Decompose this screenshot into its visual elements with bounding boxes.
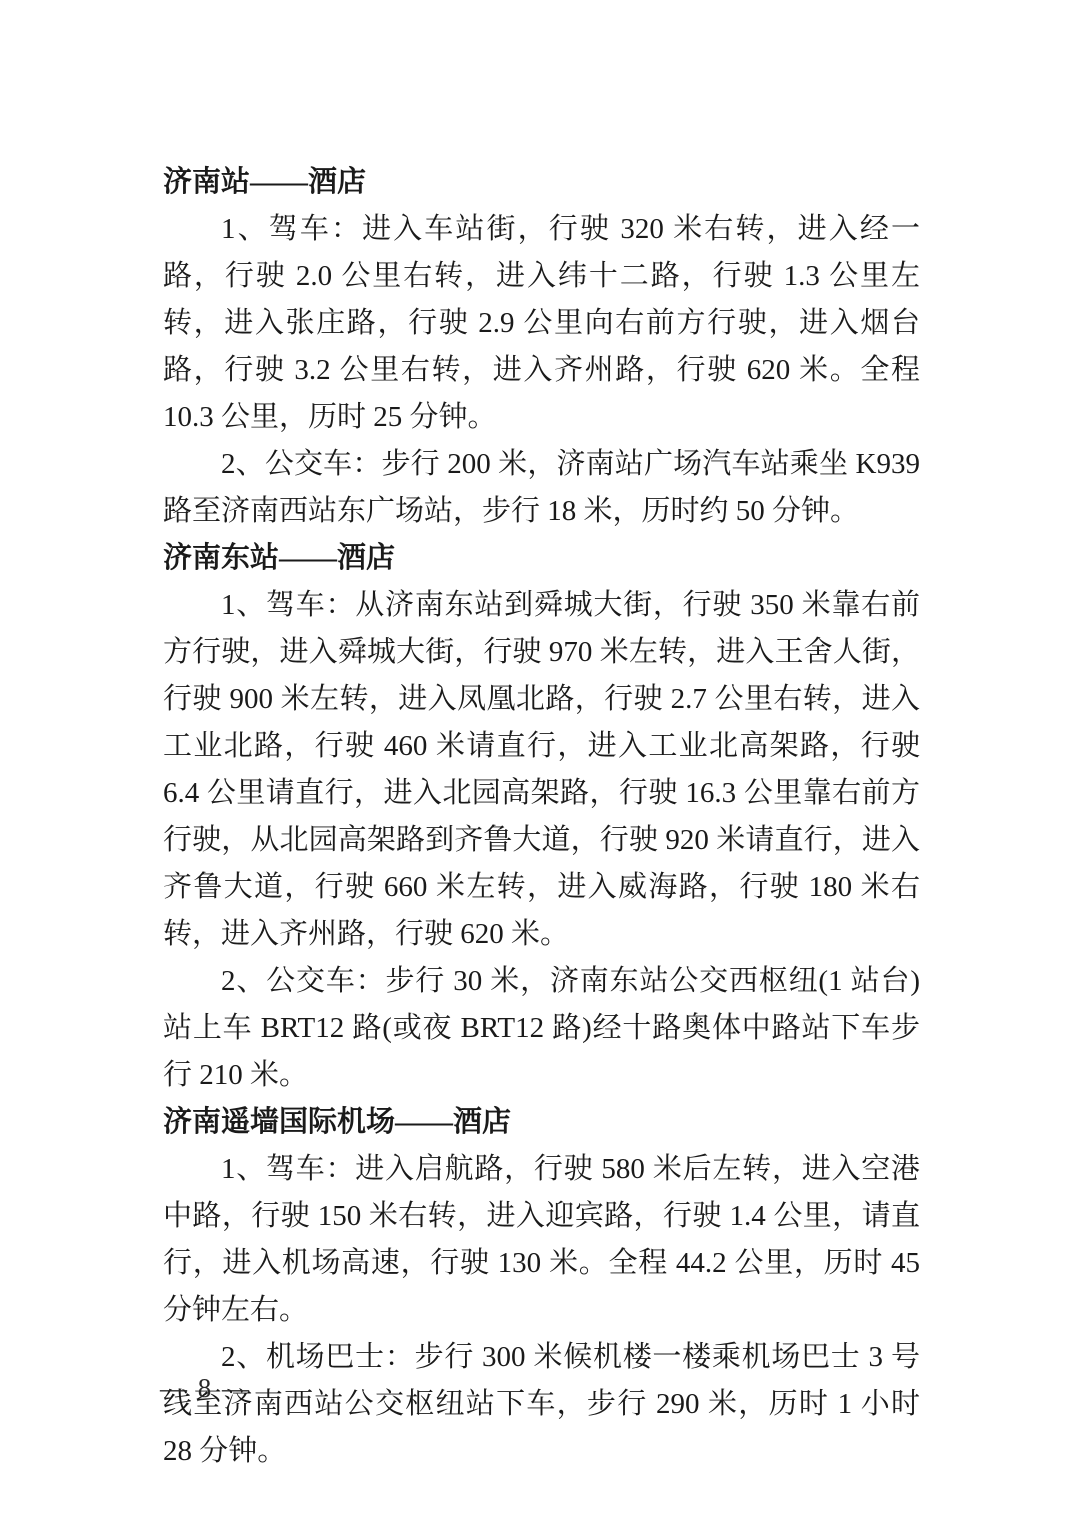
paragraph-airport-shuttle: 2、机场巴士：步行 300 米候机楼一楼乘机场巴士 3 号线至济南西站公交枢纽站…: [163, 1334, 920, 1475]
section-heading-jinan-station: 济南站——酒店: [163, 159, 920, 206]
paragraph-jinan-station-bus: 2、公交车：步行 200 米，济南站广场汽车站乘坐 K939 路至济南西站东广场…: [163, 441, 920, 535]
document-body: 济南站——酒店 1、驾车：进入车站街，行驶 320 米右转，进入经一路，行驶 2…: [163, 159, 920, 1475]
page-number: — 8 —: [160, 1368, 251, 1408]
paragraph-jinan-east-bus: 2、公交车：步行 30 米，济南东站公交西枢纽(1 站台)站上车 BRT12 路…: [163, 958, 920, 1099]
document-page: 济南站——酒店 1、驾车：进入车站街，行驶 320 米右转，进入经一路，行驶 2…: [0, 0, 1080, 1526]
paragraph-jinan-east-driving: 1、驾车：从济南东站到舜城大街，行驶 350 米靠右前方行驶，进入舜城大街，行驶…: [163, 582, 920, 958]
paragraph-airport-driving: 1、驾车：进入启航路，行驶 580 米后左转，进入空港中路，行驶 150 米右转…: [163, 1146, 920, 1334]
section-heading-yaoqiang-airport: 济南遥墙国际机场——酒店: [163, 1099, 920, 1146]
section-heading-jinan-east-station: 济南东站——酒店: [163, 535, 920, 582]
paragraph-jinan-station-driving: 1、驾车：进入车站街，行驶 320 米右转，进入经一路，行驶 2.0 公里右转，…: [163, 206, 920, 441]
